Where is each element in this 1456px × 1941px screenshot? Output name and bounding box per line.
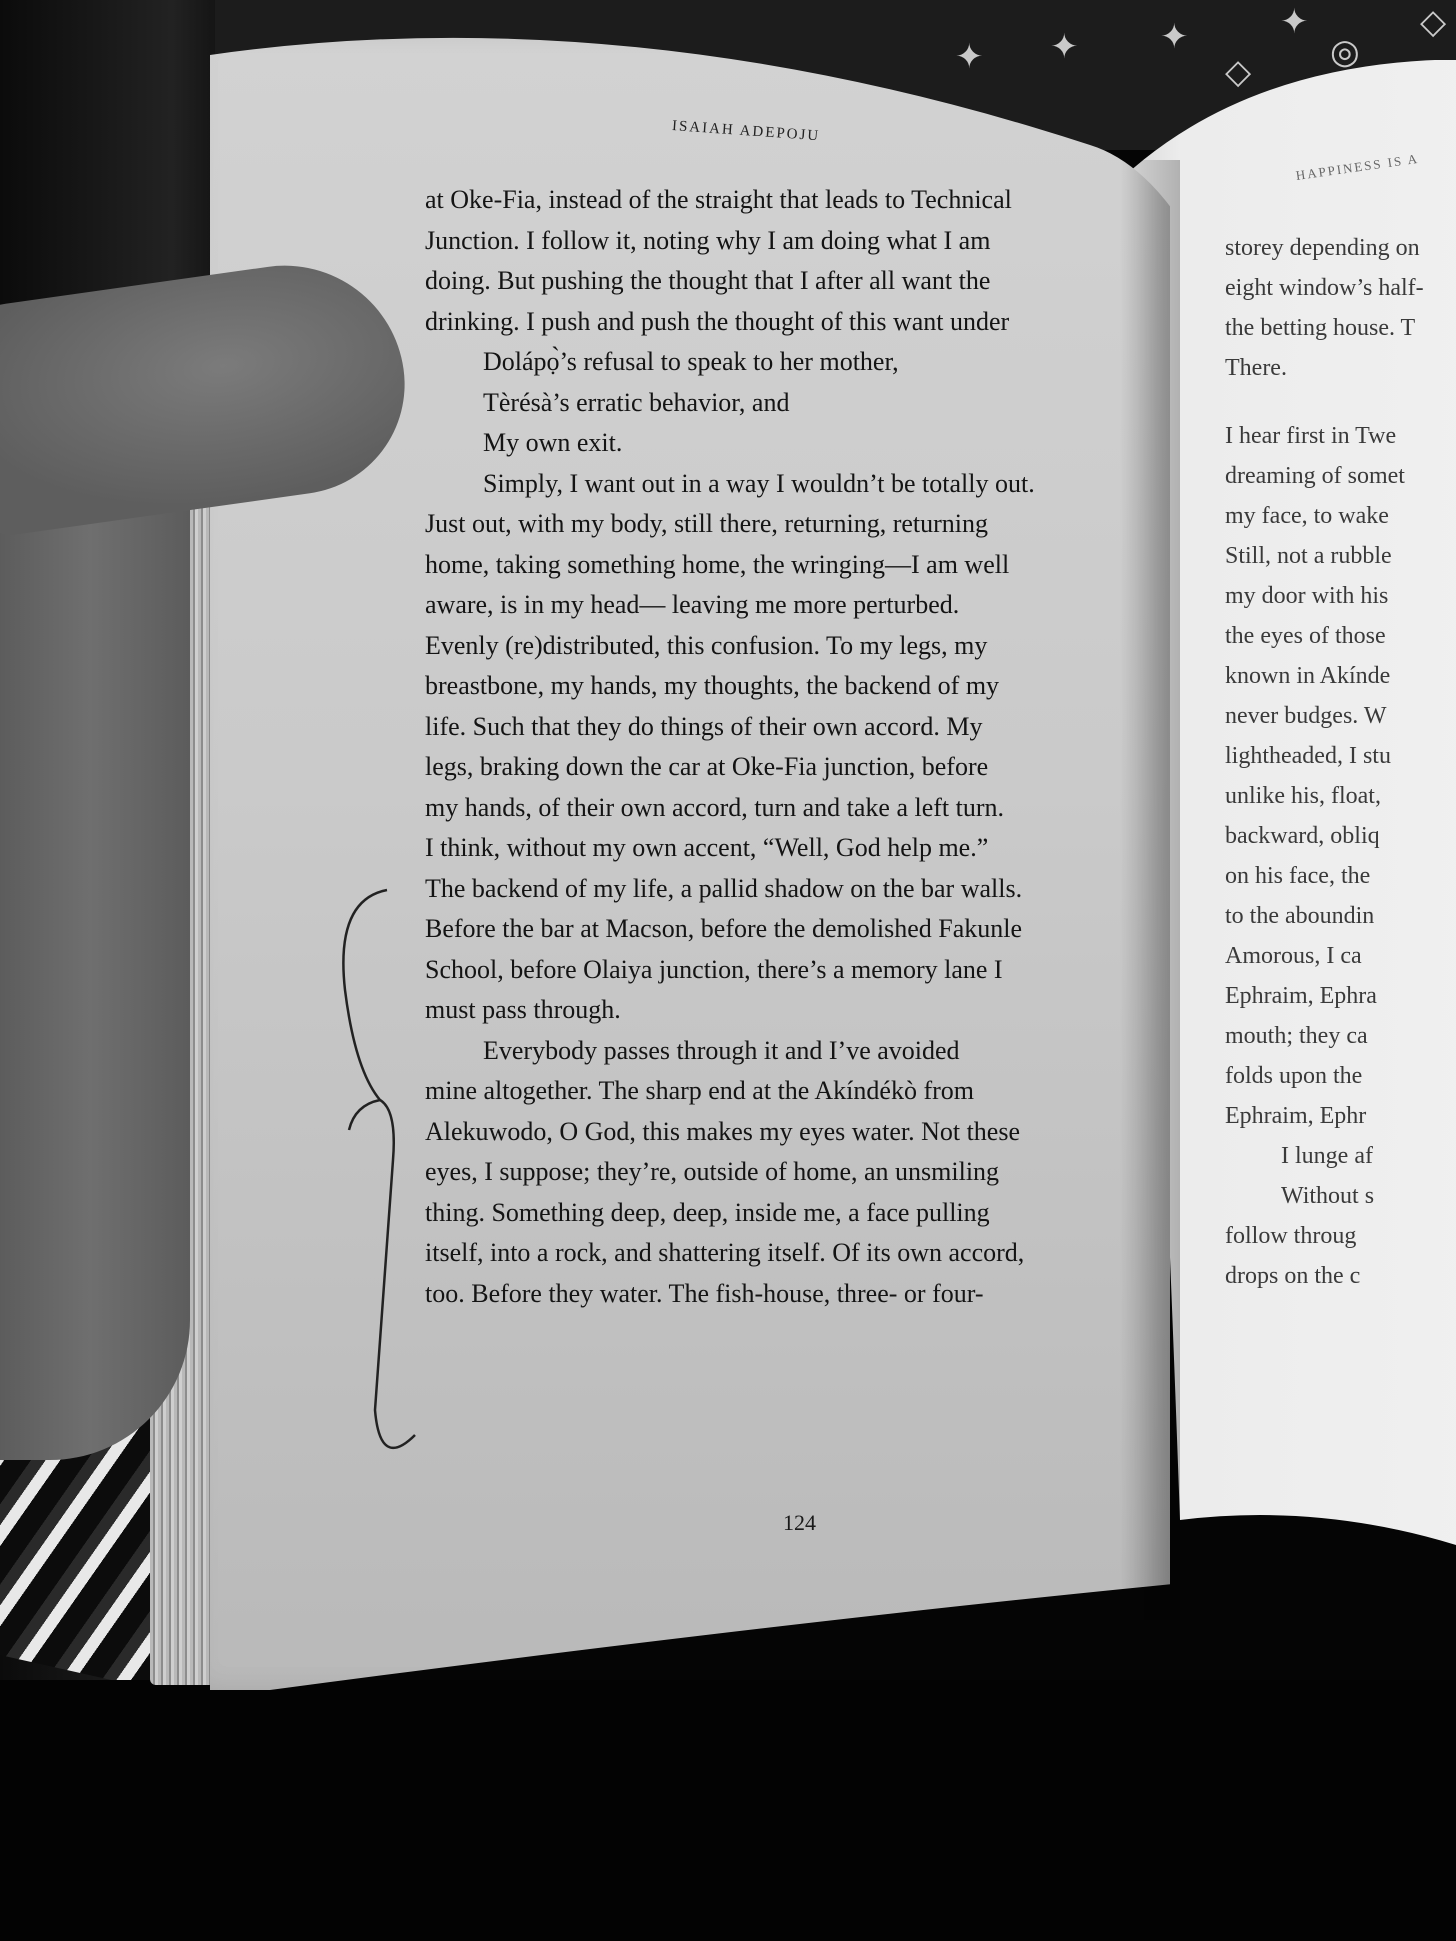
monogram-star-icon: ✦ — [1050, 30, 1079, 64]
text-line: must pass through. — [425, 990, 1115, 1031]
text-line: legs, braking down the car at Oke-Fia ju… — [425, 747, 1115, 788]
monogram-diamond-icon: ◇ — [1225, 55, 1251, 89]
text-line: breastbone, my hands, my thoughts, the b… — [425, 666, 1115, 707]
text-line: the eyes of those — [1225, 616, 1456, 656]
text-line: I lunge af — [1225, 1136, 1456, 1176]
text-line: my hands, of their own accord, turn and … — [425, 788, 1115, 829]
text-line: drinking. I push and push the thought of… — [425, 302, 1115, 343]
text-line: the betting house. T — [1225, 308, 1456, 348]
text-line: mine altogether. The sharp end at the Ak… — [425, 1071, 1115, 1112]
text-line: itself, into a rock, and shattering itse… — [425, 1233, 1115, 1274]
text-line: I think, without my own accent, “Well, G… — [425, 828, 1115, 869]
monogram-diamond-icon: ◇ — [1420, 5, 1446, 39]
monogram-star-icon: ✦ — [955, 40, 984, 74]
text-line: eyes, I suppose; they’re, outside of hom… — [425, 1152, 1115, 1193]
text-line: aware, is in my head— leaving me more pe… — [425, 585, 1115, 626]
text-line: lightheaded, I stu — [1225, 736, 1456, 776]
monogram-circle-icon: ◎ — [1330, 35, 1360, 69]
hand — [0, 380, 190, 1460]
monogram-star-icon: ✦ — [1280, 5, 1309, 39]
left-page-text: at Oke-Fia, instead of the straight that… — [425, 180, 1115, 1314]
text-line: unlike his, float, — [1225, 776, 1456, 816]
text-line: Ephraim, Ephra — [1225, 976, 1456, 1016]
text-line: Tèrésà’s erratic behavior, and — [425, 383, 1115, 424]
text-line: Dolápọ̀’s refusal to speak to her mother… — [425, 342, 1115, 383]
text-line: Still, not a rubble — [1225, 536, 1456, 576]
spine-shadow — [1120, 160, 1180, 1620]
text-line: My own exit. — [425, 423, 1115, 464]
text-line: at Oke-Fia, instead of the straight that… — [425, 180, 1115, 221]
text-line: drops on the c — [1225, 1256, 1456, 1296]
text-line: There. — [1225, 348, 1456, 388]
text-line: Simply, I want out in a way I wouldn’t b… — [425, 464, 1115, 505]
text-line: Just out, with my body, still there, ret… — [425, 504, 1115, 545]
text-line: Before the bar at Macson, before the dem… — [425, 909, 1115, 950]
text-line: eight window’s half- — [1225, 268, 1456, 308]
text-line: to the aboundin — [1225, 896, 1456, 936]
text-line: Junction. I follow it, noting why I am d… — [425, 221, 1115, 262]
dark-surface — [0, 1680, 1456, 1941]
text-line: Everybody passes through it and I’ve avo… — [425, 1031, 1115, 1072]
text-line: backward, obliq — [1225, 816, 1456, 856]
handwritten-bracket-annotation — [335, 870, 445, 1470]
text-line: never budges. W — [1225, 696, 1456, 736]
text-line: The backend of my life, a pallid shadow … — [425, 869, 1115, 910]
text-line: my face, to wake — [1225, 496, 1456, 536]
text-line: doing. But pushing the thought that I af… — [425, 261, 1115, 302]
text-line: folds upon the — [1225, 1056, 1456, 1096]
text-line: Alekuwodo, O God, this makes my eyes wat… — [425, 1112, 1115, 1153]
text-line: storey depending on — [1225, 228, 1456, 268]
text-line: home, taking something home, the wringin… — [425, 545, 1115, 586]
monogram-star-icon: ✦ — [1160, 20, 1189, 54]
text-line: follow throug — [1225, 1216, 1456, 1256]
text-line: known in Akínde — [1225, 656, 1456, 696]
text-line: Amorous, I ca — [1225, 936, 1456, 976]
text-line: I hear first in Twe — [1225, 416, 1456, 456]
text-line: life. Such that they do things of their … — [425, 707, 1115, 748]
text-line: dreaming of somet — [1225, 456, 1456, 496]
text-line: my door with his — [1225, 576, 1456, 616]
text-line: thing. Something deep, deep, inside me, … — [425, 1193, 1115, 1234]
text-line: on his face, the — [1225, 856, 1456, 896]
right-page-text: storey depending oneight window’s half-t… — [1225, 228, 1456, 1296]
text-line — [1225, 388, 1456, 416]
text-line: School, before Olaiya junction, there’s … — [425, 950, 1115, 991]
page-number: 124 — [783, 1510, 816, 1536]
text-line: mouth; they ca — [1225, 1016, 1456, 1056]
text-line: too. Before they water. The fish-house, … — [425, 1274, 1115, 1315]
text-line: Ephraim, Ephr — [1225, 1096, 1456, 1136]
text-line: Without s — [1225, 1176, 1456, 1216]
text-line: Evenly (re)distributed, this confusion. … — [425, 626, 1115, 667]
